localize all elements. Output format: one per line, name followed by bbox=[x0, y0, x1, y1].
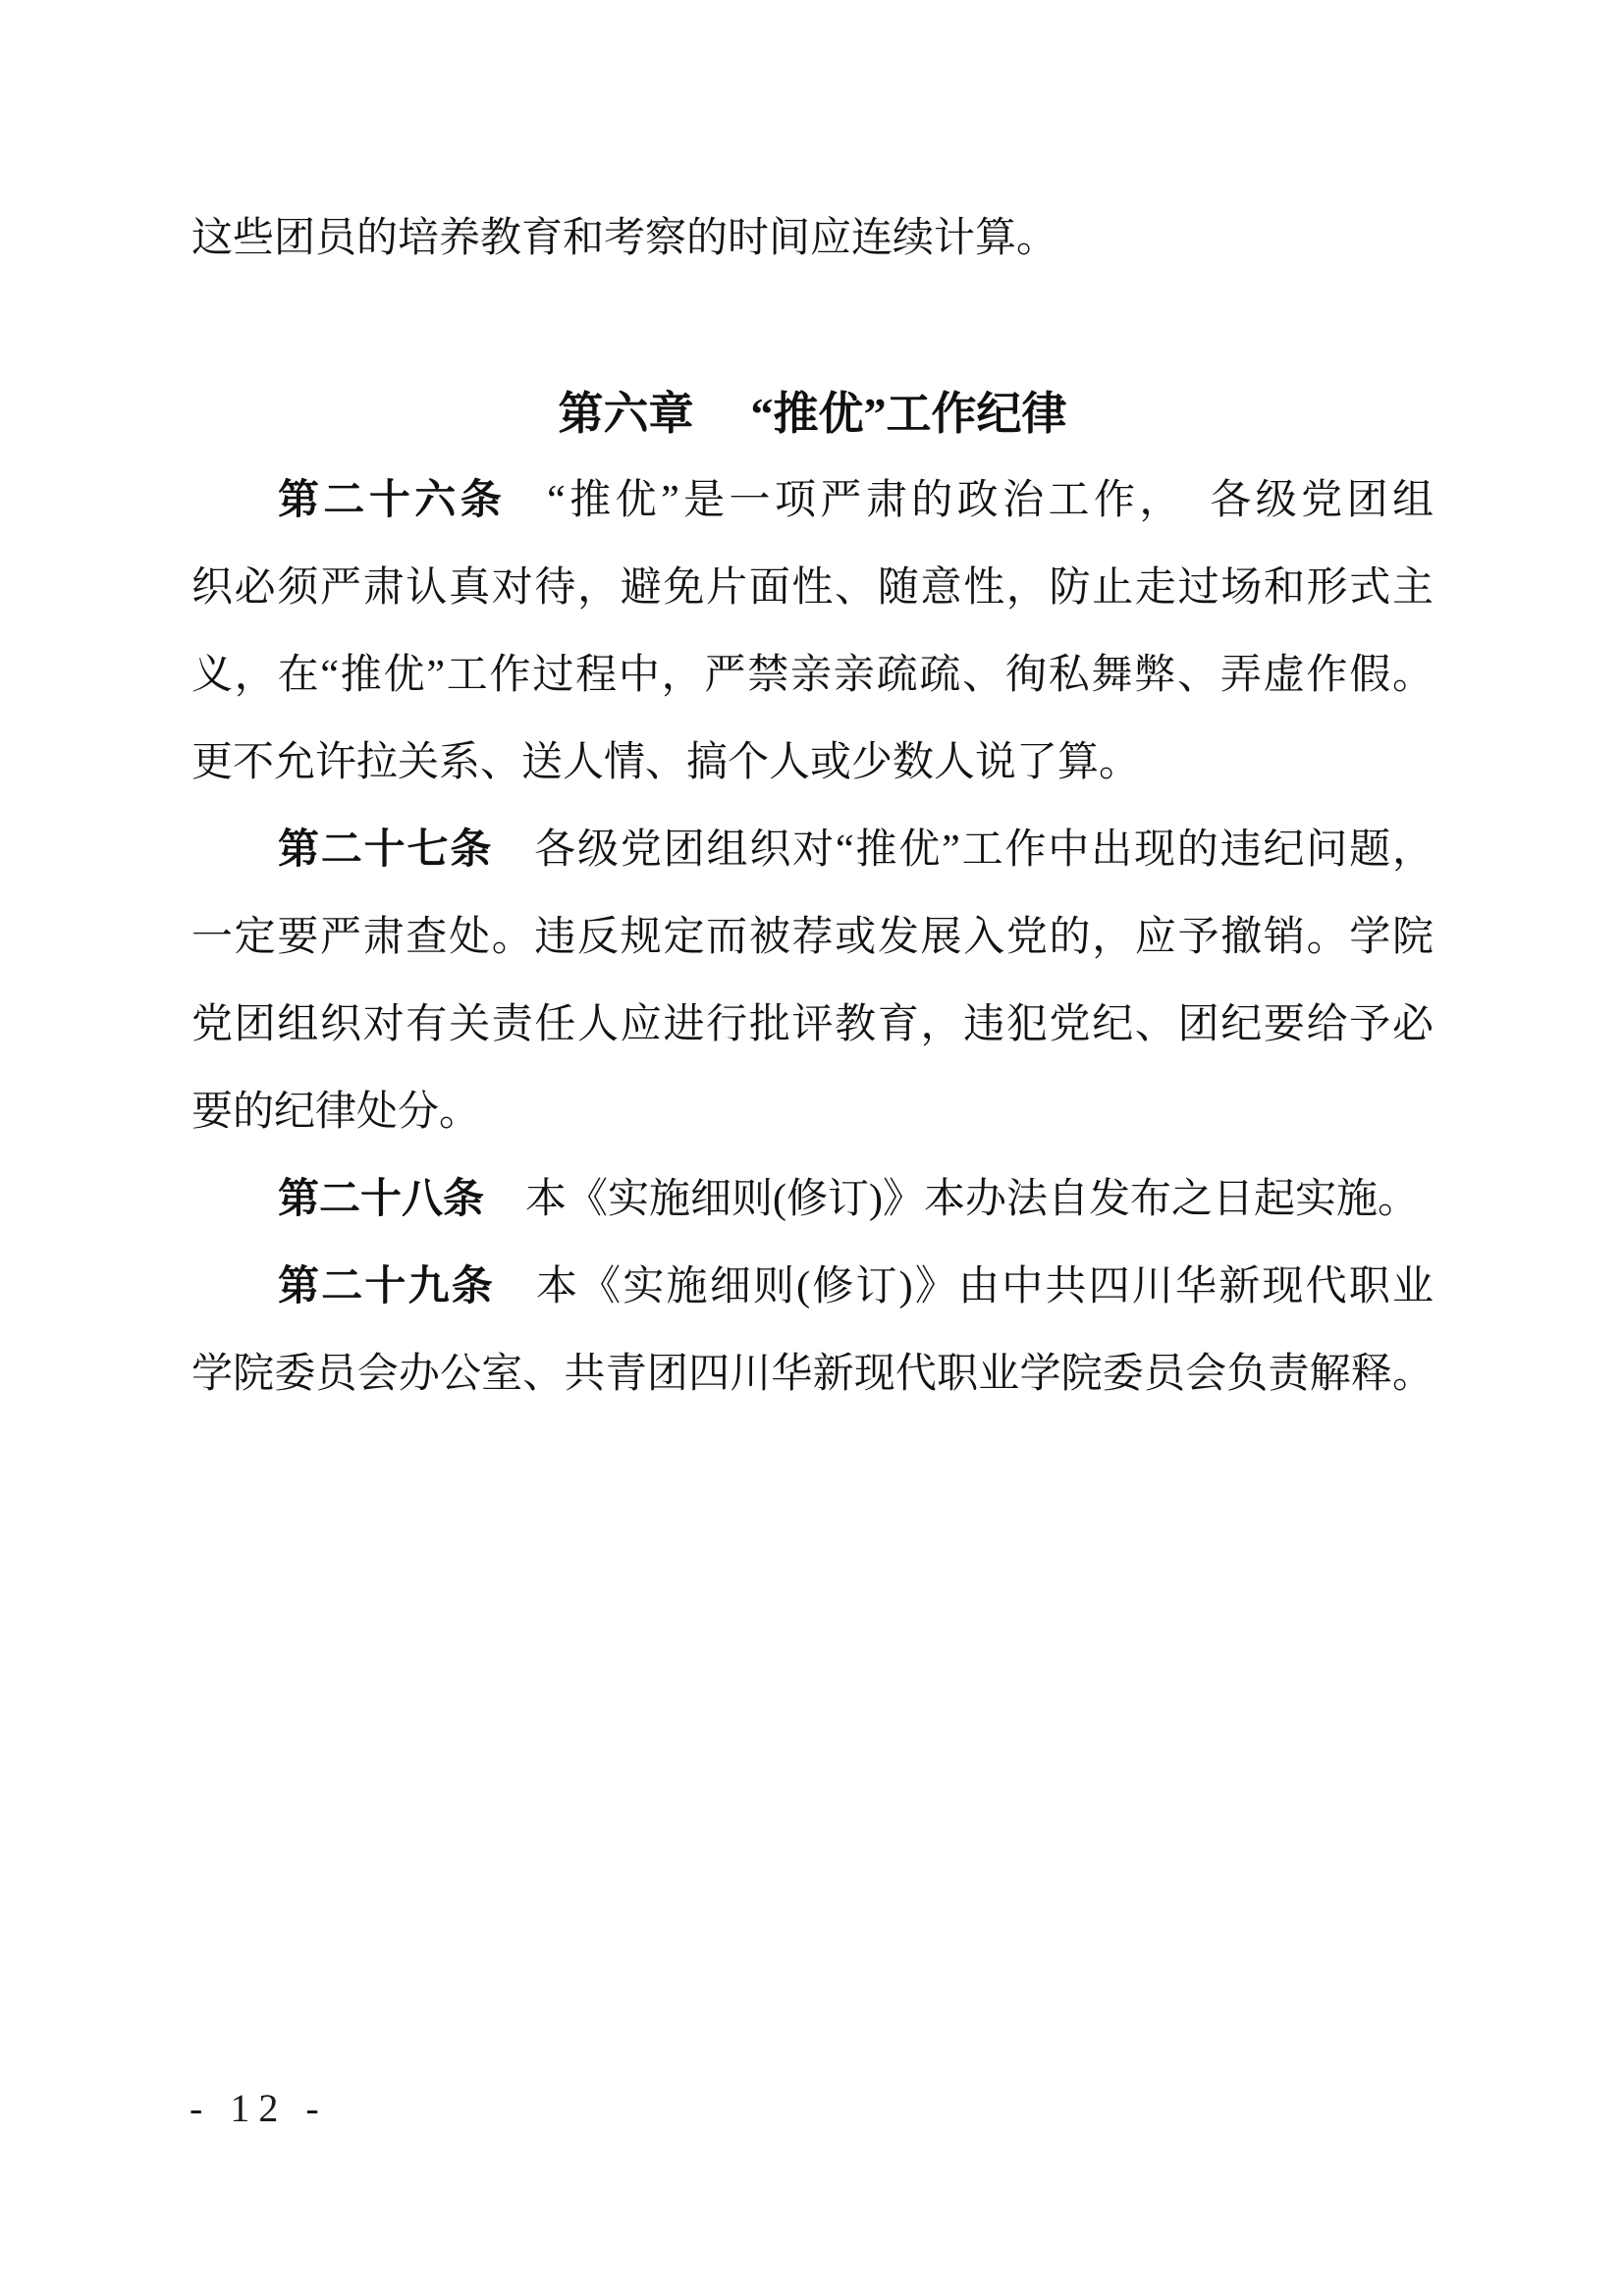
article-27-label: 第二十七条 bbox=[278, 828, 493, 873]
text-line: 一定要严肃查处。违反规定而被荐或发展入党的，应予撤销。学院 bbox=[191, 894, 1434, 982]
article-26-first-line: 第二十六条“推优”是一项严肃的政治工作， 各级党团组 bbox=[191, 457, 1434, 545]
document-page: 这些团员的培养教育和考察的时间应连续计算。 第六章“推优”工作纪律 第二十六条“… bbox=[0, 0, 1624, 2296]
text-line-content: 义，在“推优”工作过程中，严禁亲亲疏疏、徇私舞弊、弄虚作假。 bbox=[191, 653, 1434, 698]
article-26-label: 第二十六条 bbox=[278, 478, 506, 523]
article-29-first-line: 第二十九条本《实施细则(修订)》由中共四川华新现代职业 bbox=[191, 1244, 1434, 1331]
text-line: 更不允许拉关系、送人情、搞个人或少数人说了算。 bbox=[191, 720, 1434, 807]
chapter-heading: 第六章“推优”工作纪律 bbox=[191, 370, 1434, 457]
text-line-content: 织必须严肃认真对待，避免片面性、随意性，防止走过场和形式主 bbox=[191, 565, 1434, 611]
text-line-content: 党团组织对有关责任人应进行批评教育，违犯党纪、团纪要给予必 bbox=[191, 1002, 1434, 1047]
text-line-content: 各级党团组织对“推优”工作中出现的违纪问题， bbox=[534, 828, 1434, 873]
article-28-line: 第二十八条本《实施细则(修订)》本办法自发布之日起实施。 bbox=[191, 1156, 1434, 1244]
article-28-label: 第二十八条 bbox=[278, 1177, 484, 1222]
text-line: 织必须严肃认真对待，避免片面性、随意性，防止走过场和形式主 bbox=[191, 545, 1434, 632]
text-line-content: 学院委员会办公室、共青团四川华新现代职业学院委员会负责解释。 bbox=[191, 1352, 1434, 1397]
chapter-title: “推优”工作纪律 bbox=[751, 389, 1067, 439]
text-line-content: 本《实施细则(修订)》本办法自发布之日起实施。 bbox=[525, 1177, 1419, 1222]
article-29-label: 第二十九条 bbox=[278, 1264, 495, 1309]
text-line-content: 本《实施细则(修订)》由中共四川华新现代职业 bbox=[536, 1264, 1434, 1309]
text-line: 义，在“推优”工作过程中，严禁亲亲疏疏、徇私舞弊、弄虚作假。 bbox=[191, 632, 1434, 720]
text-line-content: 要的纪律处分。 bbox=[191, 1090, 480, 1135]
text-line-continuation: 这些团员的培养教育和考察的时间应连续计算。 bbox=[191, 195, 1434, 283]
text-line: 党团组织对有关责任人应进行批评教育，违犯党纪、团纪要给予必 bbox=[191, 982, 1434, 1069]
text-line-content: 更不允许拉关系、送人情、搞个人或少数人说了算。 bbox=[191, 740, 1140, 785]
page-number: - 12 - bbox=[189, 2079, 328, 2138]
chapter-number: 第六章 bbox=[559, 389, 694, 439]
document-body: 这些团员的培养教育和考察的时间应连续计算。 第六章“推优”工作纪律 第二十六条“… bbox=[191, 195, 1434, 1418]
text-line: 学院委员会办公室、共青团四川华新现代职业学院委员会负责解释。 bbox=[191, 1331, 1434, 1418]
text-line-content: 一定要严肃查处。违反规定而被荐或发展入党的，应予撤销。学院 bbox=[191, 915, 1434, 960]
text-line-content: 这些团员的培养教育和考察的时间应连续计算。 bbox=[191, 216, 1057, 261]
article-27-first-line: 第二十七条各级党团组织对“推优”工作中出现的违纪问题， bbox=[191, 807, 1434, 894]
text-line: 要的纪律处分。 bbox=[191, 1069, 1434, 1156]
text-line-content: “推优”是一项严肃的政治工作， 各级党团组 bbox=[547, 478, 1434, 523]
